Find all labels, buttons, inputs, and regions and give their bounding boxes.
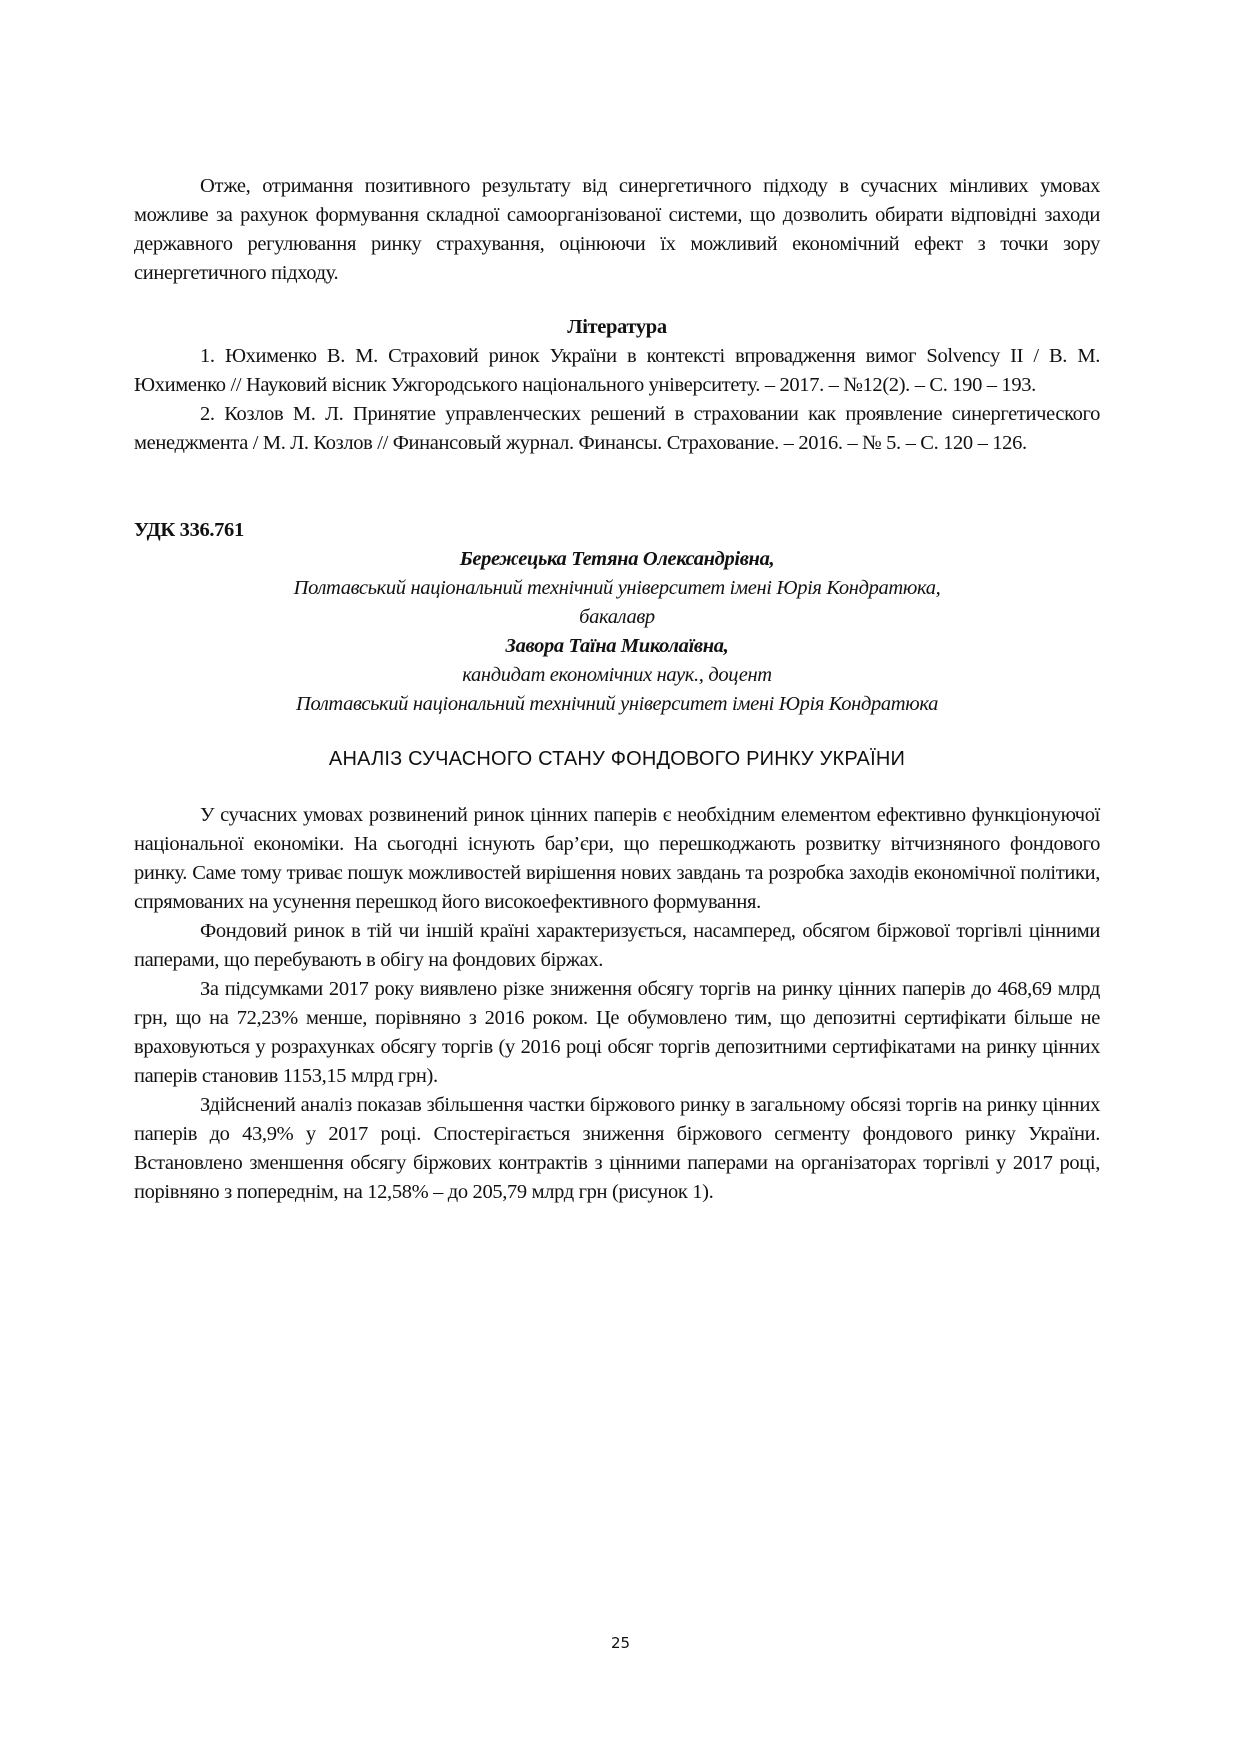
body-paragraph: У сучасних умовах розвинений ринок цінни… <box>134 801 1100 917</box>
body-paragraph: Здійснений аналіз показав збільшення час… <box>134 1091 1100 1207</box>
body-paragraph: Фондовий ринок в тій чи іншій країні хар… <box>134 917 1100 975</box>
author-affiliation: Полтавський національний технічний уніве… <box>134 574 1100 603</box>
udk-code: УДК 336.761 <box>134 516 1100 545</box>
article-title: АНАЛІЗ СУЧАСНОГО СТАНУ ФОНДОВОГО РИНКУ У… <box>134 745 1100 774</box>
author-degree: кандидат економічних наук., доцент <box>134 661 1100 690</box>
conclusion-paragraph: Отже, отримання позитивного результату в… <box>134 172 1100 288</box>
body-paragraph: За підсумками 2017 року виявлено різке з… <box>134 975 1100 1091</box>
author-affiliation: Полтавський національний технічний уніве… <box>134 690 1100 719</box>
references-heading: Література <box>134 313 1100 342</box>
page-number: 25 <box>0 1634 1241 1652</box>
author-name: Завора Таїна Миколаївна, <box>134 632 1100 661</box>
document-page: Отже, отримання позитивного результату в… <box>134 172 1100 1207</box>
author-degree: бакалавр <box>134 603 1100 632</box>
reference-item: 1. Юхименко В. М. Страховий ринок Україн… <box>134 342 1100 400</box>
reference-item: 2. Козлов М. Л. Принятие управленческих … <box>134 400 1100 458</box>
author-name: Бережецька Тетяна Олександрівна, <box>134 545 1100 574</box>
